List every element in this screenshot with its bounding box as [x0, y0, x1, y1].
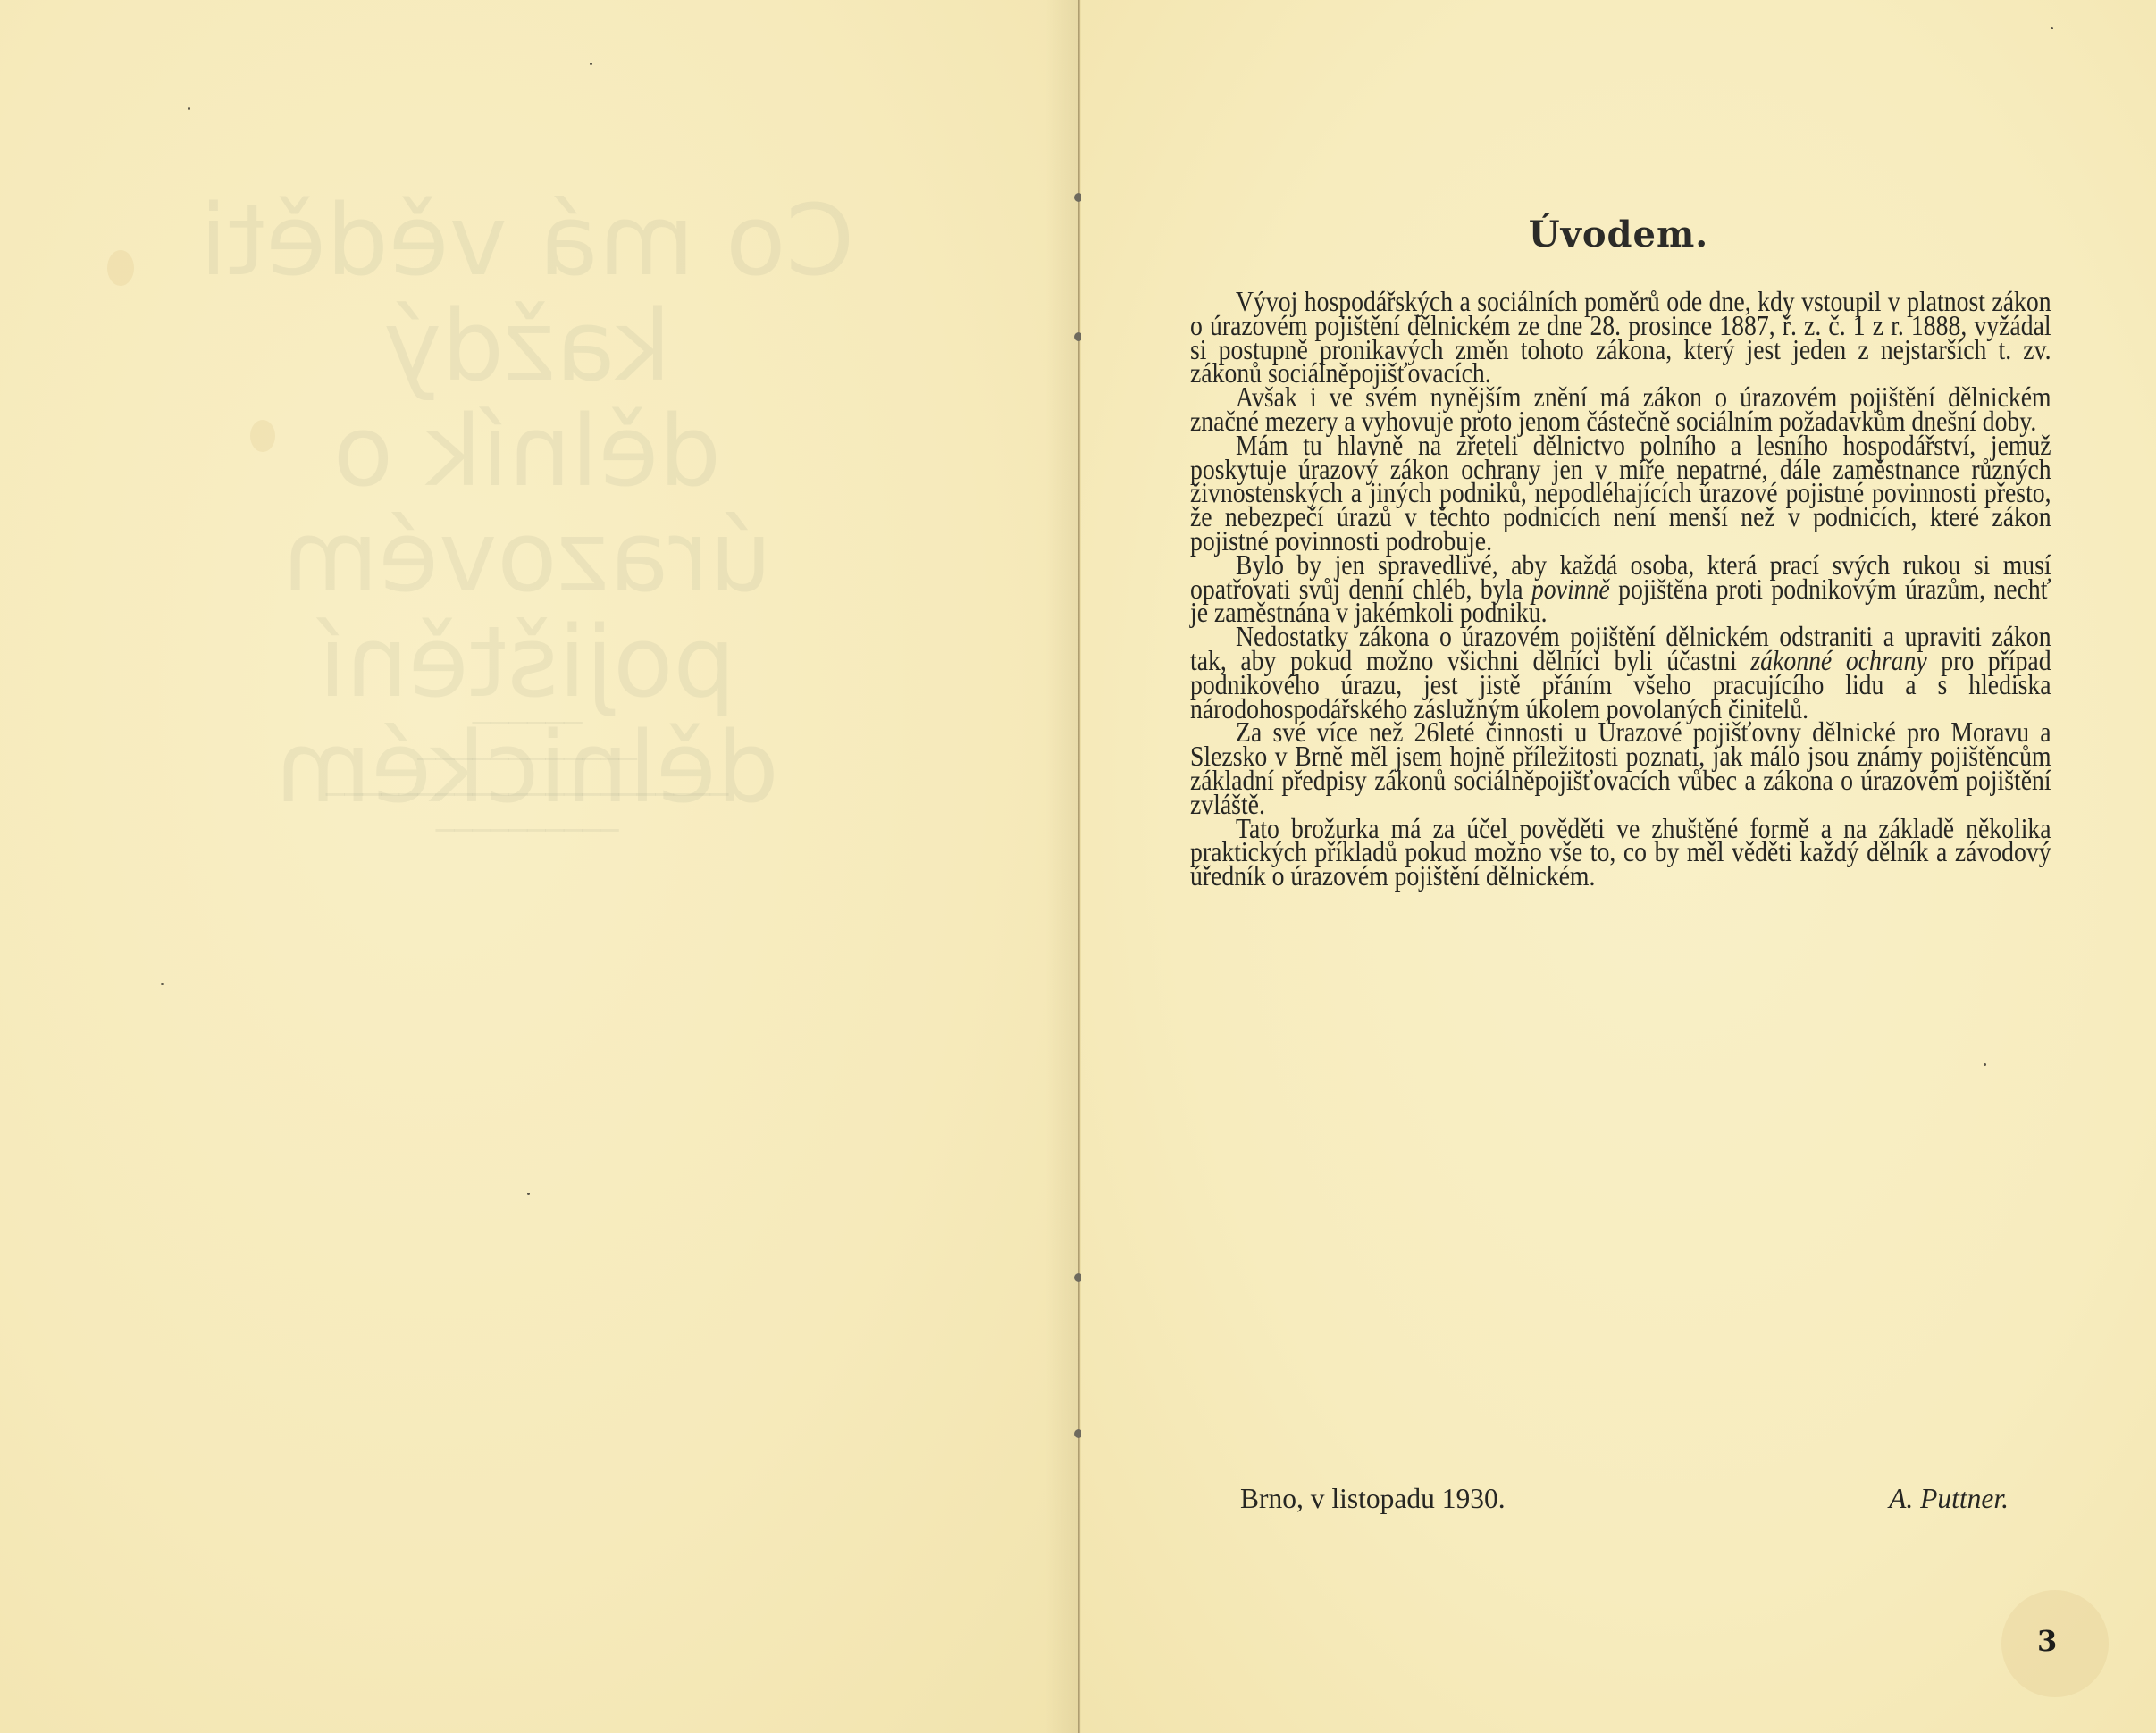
- paper-stain: [107, 250, 134, 286]
- paper-speck: [590, 63, 592, 65]
- paragraph-text: Vývoj hospodářských a sociálních poměrů …: [1190, 286, 2051, 389]
- paragraph: Mám tu hlavně na zřeteli dělnictvo polní…: [1190, 434, 2051, 554]
- left-page: Co má věděti každýdělník o úrazovémpojiš…: [0, 0, 1079, 1733]
- paper-speck: [1984, 1063, 1986, 1066]
- bleed-through-subtext: ────────────────────────────────────────…: [80, 706, 974, 849]
- bleed-through-text: Co má věděti každýdělník o úrazovémpojiš…: [80, 188, 974, 820]
- signature-row: Brno, v listopadu 1930. A. Puttner.: [1240, 1483, 2009, 1515]
- paper-speck: [188, 107, 190, 110]
- book-spread: Co má věděti každýdělník o úrazovémpojiš…: [0, 0, 2156, 1733]
- page-number: 3: [2037, 1624, 2057, 1658]
- paragraph: Vývoj hospodářských a sociálních poměrů …: [1190, 290, 2051, 386]
- paper-stain: [250, 420, 275, 452]
- paragraph-text: Avšak i ve svém nynějším znění má zákon …: [1190, 381, 2051, 437]
- author-signature: A. Puttner.: [1889, 1483, 2009, 1515]
- gutter-shadow: [1045, 0, 1079, 1733]
- page-heading: Úvodem.: [1081, 213, 2156, 255]
- paper-speck: [527, 1193, 530, 1195]
- paragraph-text: Tato brožurka má za účel pověděti ve zhu…: [1190, 813, 2051, 892]
- paragraph: Tato brožurka má za účel pověděti ve zhu…: [1190, 817, 2051, 889]
- paragraph: Bylo by jen spravedlivé, aby každá osoba…: [1190, 554, 2051, 625]
- body-text: Vývoj hospodářských a sociálních poměrů …: [1190, 290, 1948, 889]
- book-gutter: [1078, 0, 1080, 1733]
- paragraph-text: Mám tu hlavně na zřeteli dělnictvo polní…: [1190, 430, 2051, 557]
- paragraph: Za své více než 26leté činnosti u Úrazov…: [1190, 721, 2051, 816]
- paper-speck: [161, 983, 164, 985]
- paragraph-list: Vývoj hospodářských a sociálních poměrů …: [1190, 290, 2051, 889]
- paper-speck: [2051, 27, 2053, 29]
- paragraph: Avšak i ve svém nynějším znění má zákon …: [1190, 386, 2051, 434]
- paragraph-text: Za své více než 26leté činnosti u Úrazov…: [1190, 716, 2051, 819]
- paragraph: Nedostatky zákona o úrazovém pojištění d…: [1190, 625, 2051, 721]
- place-date: Brno, v listopadu 1930.: [1240, 1483, 1506, 1515]
